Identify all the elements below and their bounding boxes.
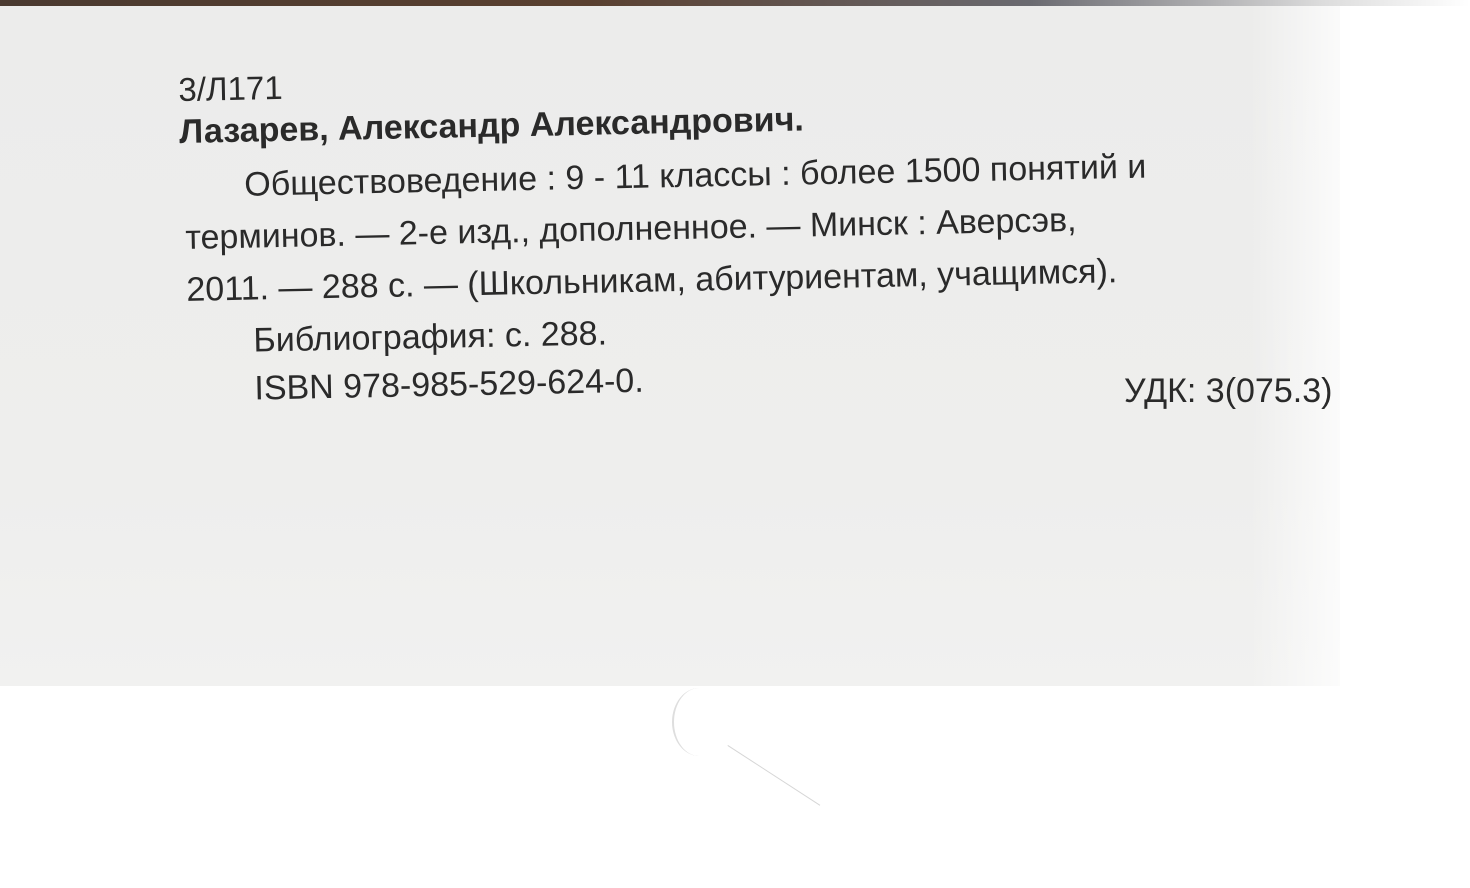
bibliography-note: Библиография: с. 288.: [253, 313, 607, 360]
call-number: 3/Л171: [178, 68, 283, 110]
paper-scratch: [727, 745, 820, 806]
udk-code: УДК: 3(075.3): [1124, 372, 1332, 411]
isbn: ISBN 978-985-529-624-0.: [254, 361, 644, 409]
paper-hole-mark: [672, 688, 726, 756]
paper-edge-fade: [1250, 6, 1350, 686]
